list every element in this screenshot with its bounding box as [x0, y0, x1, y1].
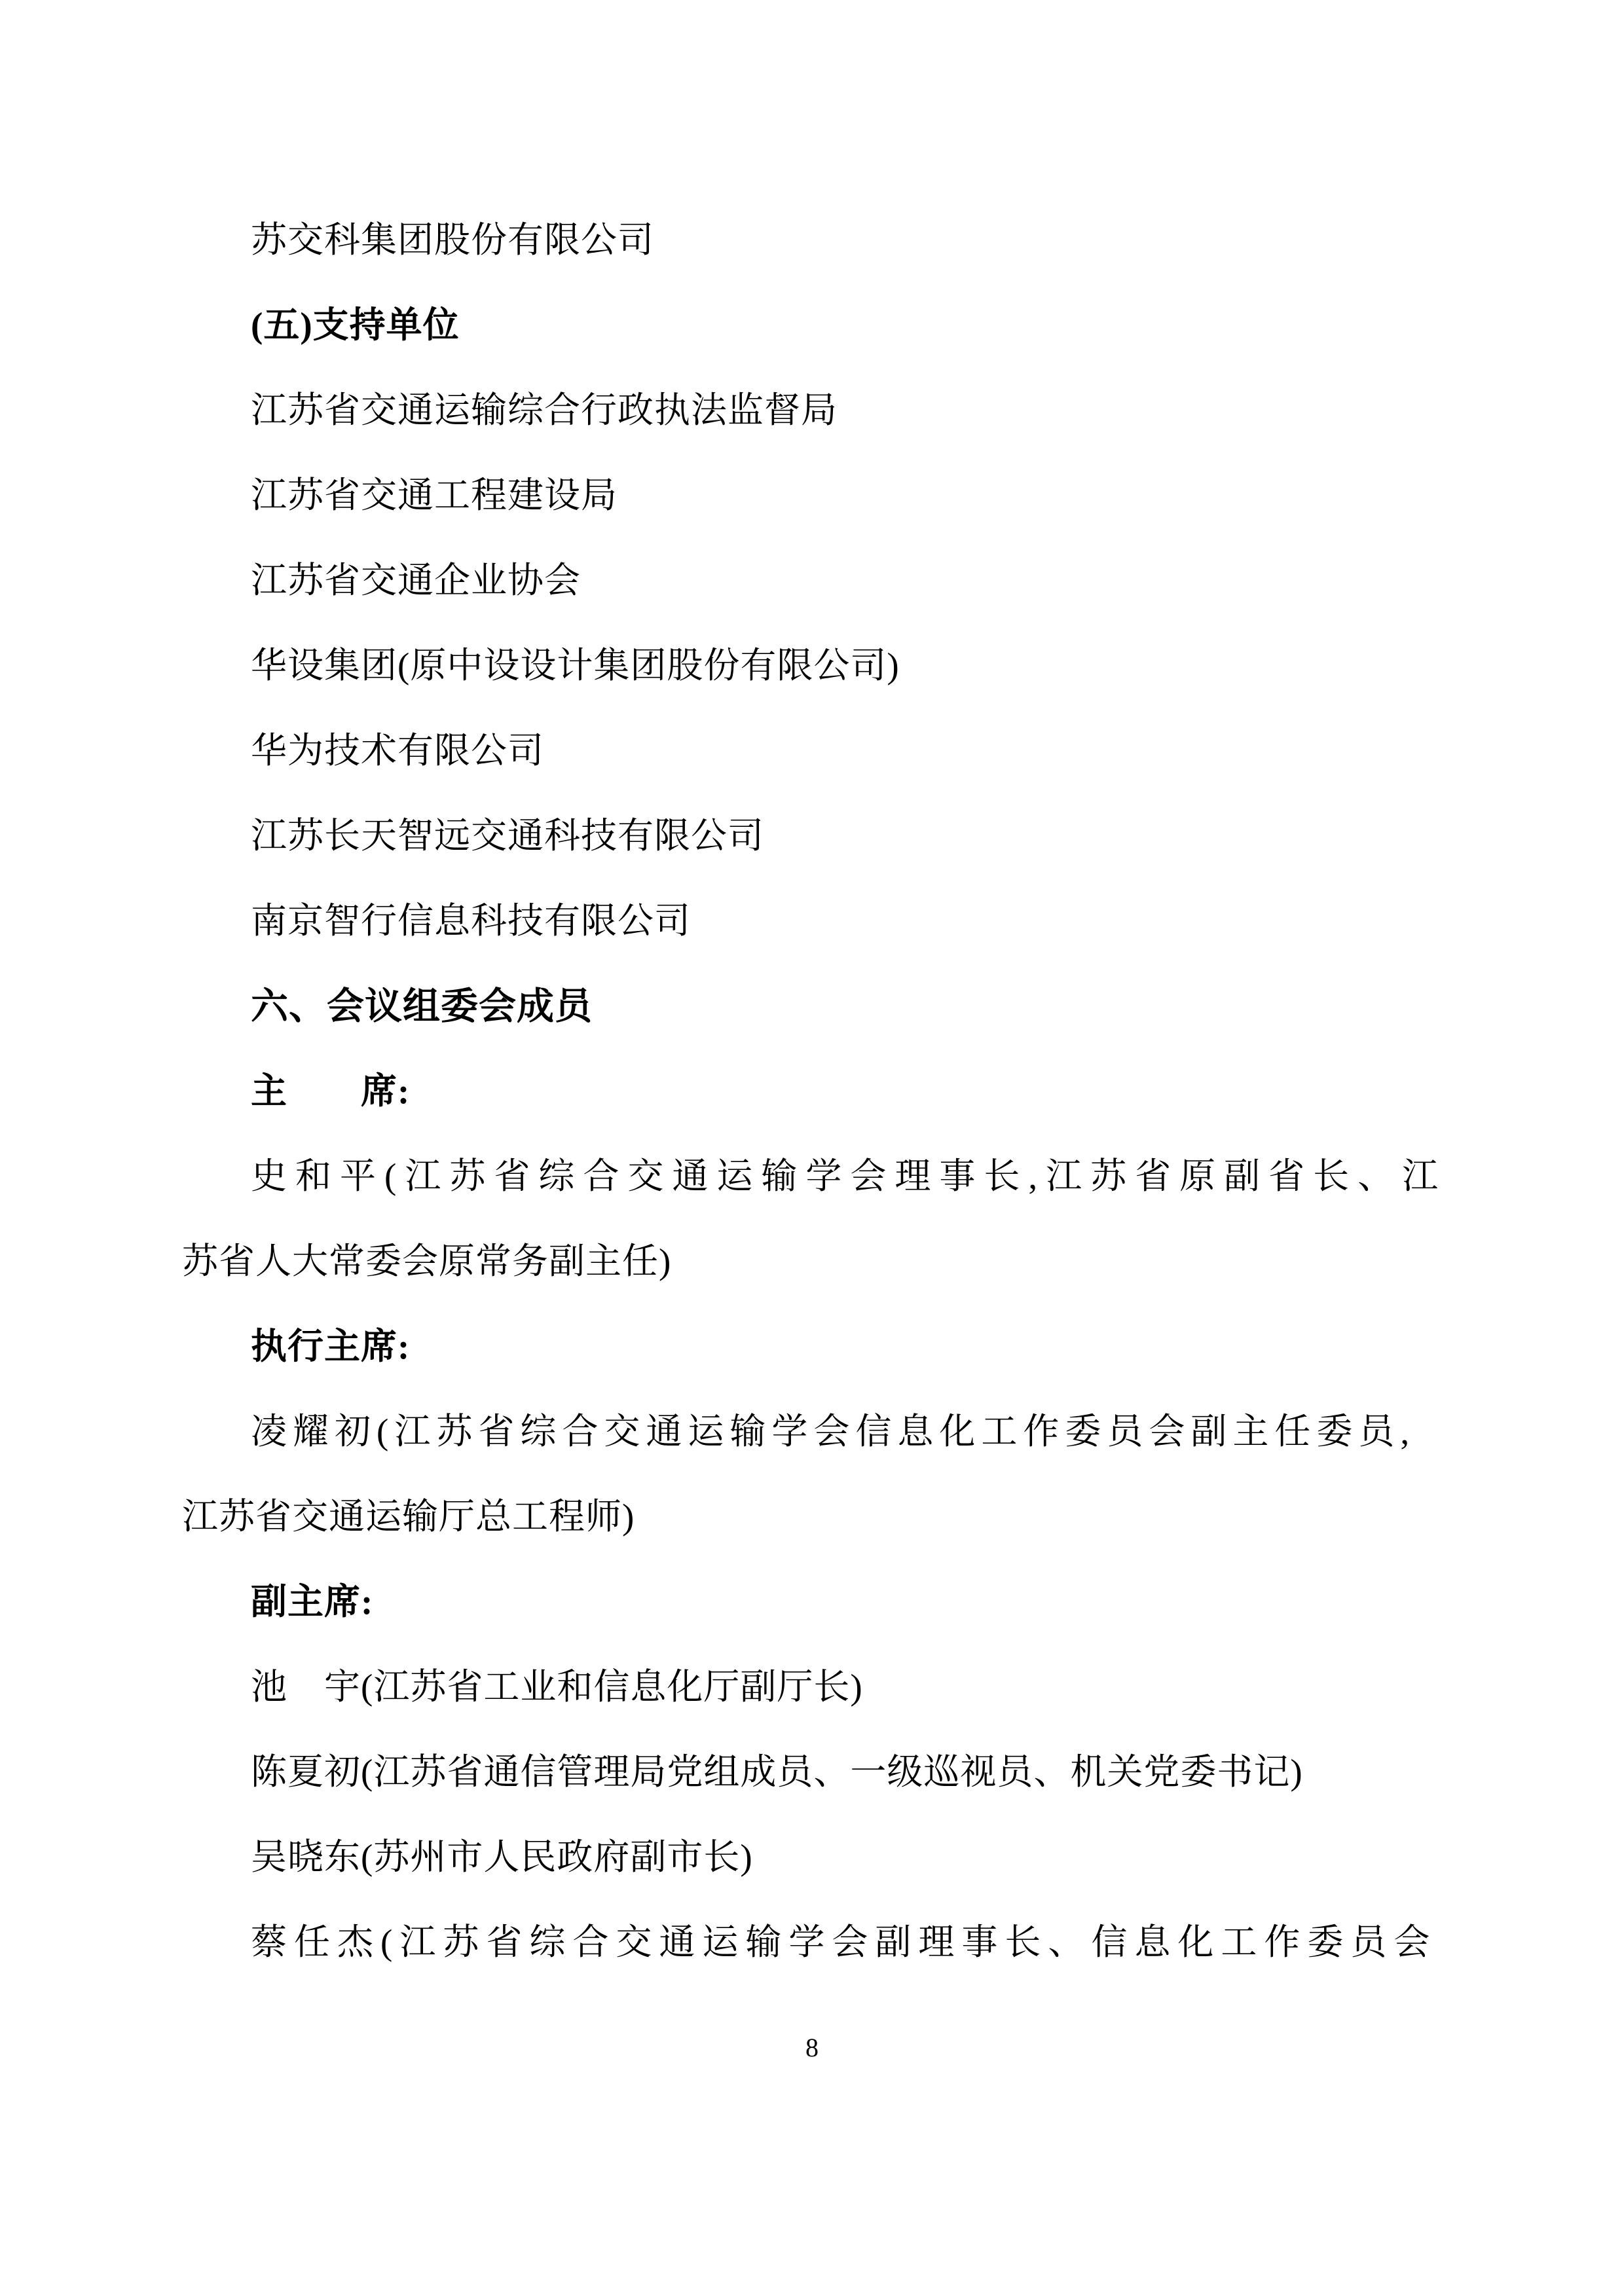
vice-chairman-entry-wrapped: 蔡任杰(江苏省综合交通运输学会副理事长、信息化工作委员会: [182, 1900, 1482, 1985]
label-chairman: 主 席:: [182, 1049, 1482, 1134]
page-number: 8: [0, 2028, 1624, 2068]
supporting-unit-line: 江苏省交通运输综合行政执法监督局: [182, 368, 1482, 453]
supporting-unit-line: 南京智行信息科技有限公司: [182, 879, 1482, 964]
executive-chairman-entry-line-2: 江苏省交通运输厅总工程师): [182, 1474, 1482, 1559]
label-executive-chairman: 执行主席:: [182, 1304, 1482, 1389]
vice-chairman-entry: 吴晓东(苏州市人民政府副市长): [182, 1815, 1482, 1900]
supporting-unit-line: 华设集团(原中设设计集团股份有限公司): [182, 623, 1482, 708]
label-vice-chairman: 副主席:: [182, 1559, 1482, 1645]
supporting-unit-line: 江苏省交通工程建设局: [182, 453, 1482, 538]
document-page: 苏交科集团股份有限公司 (五)支持单位 江苏省交通运输综合行政执法监督局 江苏省…: [0, 0, 1624, 2296]
chairman-entry-line-1: 史和平(江苏省综合交通运输学会理事长,江苏省原副省长、江: [182, 1134, 1482, 1219]
supporting-unit-line: 江苏长天智远交通科技有限公司: [182, 793, 1482, 879]
chairman-entry-line-2: 苏省人大常委会原常务副主任): [182, 1219, 1482, 1304]
document-body: 苏交科集团股份有限公司 (五)支持单位 江苏省交通运输综合行政执法监督局 江苏省…: [182, 198, 1482, 1985]
supporting-unit-line: 华为技术有限公司: [182, 708, 1482, 793]
executive-chairman-entry-line-1: 凌耀初(江苏省综合交通运输学会信息化工作委员会副主任委员,: [182, 1389, 1482, 1474]
supporting-unit-line: 江苏省交通企业协会: [182, 538, 1482, 623]
vice-chairman-entry: 陈夏初(江苏省通信管理局党组成员、一级巡视员、机关党委书记): [182, 1730, 1482, 1815]
subsection-heading-supporting-units: (五)支持单位: [182, 283, 1482, 368]
vice-chairman-entry: 池 宇(江苏省工业和信息化厅副厅长): [182, 1645, 1482, 1730]
company-name-line: 苏交科集团股份有限公司: [182, 198, 1482, 283]
section-heading-committee-members: 六、会议组委会成员: [182, 964, 1482, 1049]
